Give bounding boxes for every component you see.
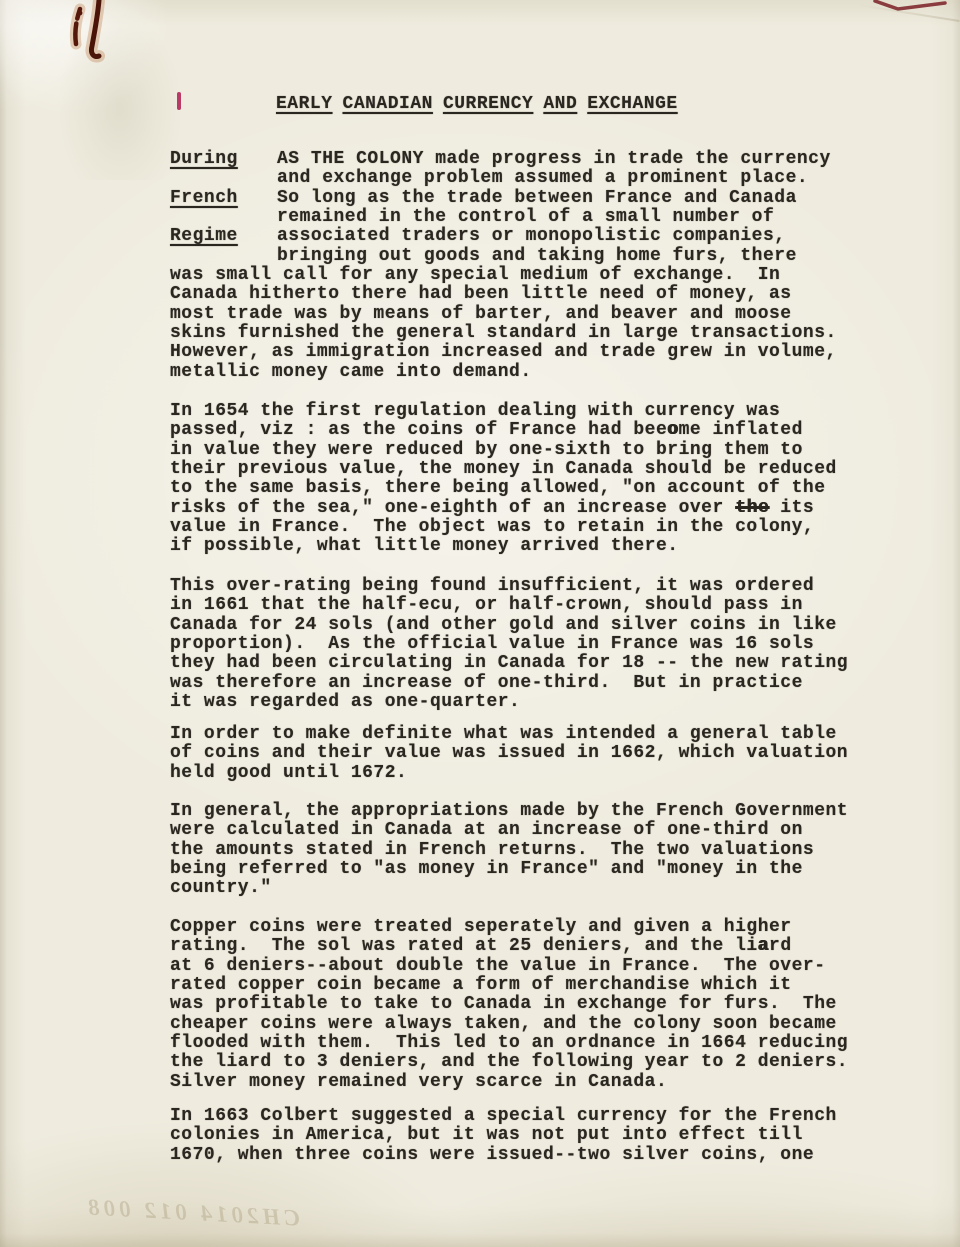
text-line: held good until 1672.	[170, 764, 848, 783]
text-line: of coins and their value was issued in 1…	[170, 744, 848, 763]
title-word: EARLY	[276, 94, 333, 114]
text-line: to the same basis, there being allowed, …	[170, 479, 837, 498]
paper-crease	[858, 4, 959, 22]
paragraph-3: This over-rating being found insufficien…	[170, 577, 848, 712]
text-line: In order to make definite what was inten…	[170, 725, 848, 744]
text-line: Canada hitherto there had been little ne…	[170, 285, 837, 304]
text-line: risks of the sea," one-eighth of an incr…	[170, 499, 837, 518]
text-line: in value they were reduced by one-sixth …	[170, 441, 837, 460]
text-line: This over-rating being found insufficien…	[170, 577, 848, 596]
text-line: bringing out goods and taking home furs,…	[277, 247, 831, 266]
paragraph-6: Copper coins were treated seperately and…	[170, 918, 848, 1092]
paragraph-2: In 1654 the first regulation dealing wit…	[170, 402, 837, 557]
text-line: During	[170, 150, 238, 189]
paragraph-7: In 1663 Colbert suggested a special curr…	[170, 1107, 837, 1165]
text-line: if possible, what little money arrived t…	[170, 537, 837, 556]
text-line: metallic money came into demand.	[170, 363, 837, 382]
paragraph-5: In general, the appropriations made by t…	[170, 802, 848, 899]
title-word: AND	[543, 94, 577, 114]
text-line: country."	[170, 879, 848, 898]
text-line: Silver money remained very scarce in Can…	[170, 1073, 848, 1092]
page-title: EARLYCANADIANCURRENCYANDEXCHANGE	[276, 95, 688, 114]
text-line: colonies in America, but it was not put …	[170, 1126, 837, 1145]
text-line: in 1661 that the half-ecu, or half-crown…	[170, 596, 848, 615]
margin-labels: DuringFrenchRegime	[170, 150, 238, 266]
text-line: and exchange problem assumed a prominent…	[277, 169, 831, 188]
text-line: value in France. The object was to retai…	[170, 518, 837, 537]
text-line: In general, the appropriations made by t…	[170, 802, 848, 821]
text-line: AS THE COLONY made progress in trade the…	[277, 150, 831, 169]
text-line: it was regarded as one-quarter.	[170, 693, 848, 712]
text-line: being referred to "as money in France" a…	[170, 860, 848, 879]
document-page: EARLYCANADIANCURRENCYANDEXCHANGE DuringF…	[0, 0, 960, 1247]
text-line: passed, viz : as the coins of France had…	[170, 421, 837, 440]
text-line: most trade was by means of barter, and b…	[170, 305, 837, 324]
text-line: they had been circulating in Canada for …	[170, 654, 848, 673]
text-line: cheaper coins were always taken, and the…	[170, 1015, 848, 1034]
text-line: at 6 deniers--about double the value in …	[170, 957, 848, 976]
text-line: remained in the control of a small numbe…	[277, 208, 831, 227]
paragraph-1-flush: was small call for any special medium of…	[170, 266, 837, 382]
text-line: So long as the trade between France and …	[277, 189, 831, 208]
text-line: In 1654 the first regulation dealing wit…	[170, 402, 837, 421]
text-line: 1670, when three coins were issued--two …	[170, 1146, 837, 1165]
text-line: were calculated in Canada at an increase…	[170, 821, 848, 840]
text-line: was therefore an increase of one-third. …	[170, 674, 848, 693]
paragraph-1-indented: AS THE COLONY made progress in trade the…	[277, 150, 831, 266]
title-word: EXCHANGE	[587, 94, 677, 114]
title-word: CURRENCY	[443, 94, 533, 114]
text-line: was small call for any special medium of…	[170, 266, 837, 285]
text-line: skins furnished the general standard in …	[170, 324, 837, 343]
text-line: Copper coins were treated seperately and…	[170, 918, 848, 937]
text-line: Regime	[170, 227, 238, 266]
text-line: the liard to 3 deniers, and the followin…	[170, 1053, 848, 1072]
text-line: proportion). As the official value in Fr…	[170, 635, 848, 654]
title-word: CANADIAN	[343, 94, 433, 114]
red-tick-mark	[177, 92, 181, 110]
text-line: associated traders or monopolistic compa…	[277, 227, 831, 246]
verso-showthrough-text: CH2014 012 008	[52, 1193, 333, 1234]
text-line: However, as immigration increased and tr…	[170, 343, 837, 362]
text-line: In 1663 Colbert suggested a special curr…	[170, 1107, 837, 1126]
text-line: French	[170, 189, 238, 228]
text-line: flooded with them. This led to an ordnan…	[170, 1034, 848, 1053]
paragraph-4: In order to make definite what was inten…	[170, 725, 848, 783]
text-line: rating. The sol was rated at 25 deniers,…	[170, 937, 848, 956]
text-line: the amounts stated in French returns. Th…	[170, 841, 848, 860]
text-line: Canada for 24 sols (and other gold and s…	[170, 616, 848, 635]
text-line: their previous value, the money in Canad…	[170, 460, 837, 479]
text-line: rated copper coin became a form of merch…	[170, 976, 848, 995]
text-line: was profitable to take to Canada in exch…	[170, 995, 848, 1014]
rust-stain-marks	[0, 0, 160, 80]
